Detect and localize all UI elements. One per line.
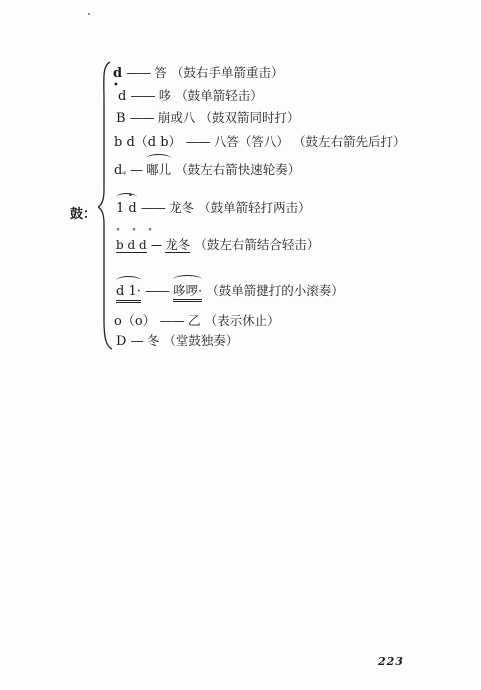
drum-label: 鼓： — [70, 203, 96, 222]
entry-row: d 1· —— 哆啰· （鼓单箭揵打的小滚奏） — [116, 283, 344, 303]
dash: —— — [145, 284, 169, 299]
notation-symbol: b d d — [116, 238, 147, 253]
description: （鼓单箭轻打两击） — [198, 200, 311, 215]
entry-row: b d d --- 龙冬 （鼓左右箭结合轻击） — [116, 237, 319, 254]
notation-symbol: B — [116, 111, 126, 126]
entry-row: o（o） —— 乙 （表示休止） — [114, 313, 280, 330]
dash: --- — [151, 238, 161, 253]
syllable: 哆啰· — [173, 283, 202, 302]
dot-above-icon: °°° — [116, 227, 164, 236]
syllable: 乙 — [188, 313, 201, 328]
notation-symbol: 1 d — [116, 201, 137, 217]
notation-symbol: d — [114, 163, 122, 178]
dash: —— — [186, 135, 210, 150]
description: （鼓右手单箭重击） — [171, 65, 284, 80]
syllable: 崩或八 — [158, 110, 196, 125]
dash: — — [130, 163, 142, 178]
dot-above-icon: • — [128, 191, 133, 200]
description: （鼓左右箭先后打） — [293, 134, 406, 149]
notation-symbol: d — [118, 89, 126, 104]
notation-symbol: o（o） — [114, 314, 156, 329]
entry-row: 1 d —— 龙冬 （鼓单箭轻打两击） — [116, 200, 311, 217]
notation-symbol: d — [113, 66, 122, 81]
description: （堂鼓独奏） — [163, 333, 238, 348]
description: （表示休止） — [205, 313, 280, 328]
entry-row: B —— 崩或八 （鼓双箭同时打） — [116, 110, 300, 127]
entry-row: d —— 答 （鼓右手单箭重击） — [113, 65, 284, 82]
dash: —— — [141, 201, 165, 216]
syllable: 冬 — [147, 333, 160, 348]
dash: — — [131, 334, 143, 349]
description: （鼓单箭揵打的小滚奏） — [206, 283, 344, 298]
notation-symbol: b d（d b） — [114, 135, 182, 150]
description: （鼓单箭轻击） — [175, 88, 263, 103]
tremolo-mark: ᵩ — [122, 167, 126, 176]
syllable: 八答（答八） — [214, 134, 289, 149]
entry-row: dᵩ — 嘟儿 （鼓左右箭快速轮奏） — [114, 162, 300, 180]
dash: —— — [130, 111, 154, 126]
description: （鼓左右箭结合轻击） — [194, 237, 319, 252]
dash: —— — [160, 314, 184, 329]
notation-symbol: d 1· — [116, 284, 141, 303]
syllable: 龙冬 — [165, 237, 190, 253]
dash: —— — [126, 66, 150, 81]
dash: —— — [130, 89, 154, 104]
description: （鼓左右箭快速轮奏） — [175, 162, 300, 177]
document-page: 鼓： d —— 答 （鼓右手单箭重击） • d —— 哆 （鼓单箭轻击） B —… — [0, 0, 481, 690]
entry-row: b d（d b） —— 八答（答八） （鼓左右箭先后打） — [114, 134, 406, 151]
syllable: 答 — [154, 65, 167, 80]
description: （鼓双箭同时打） — [200, 110, 300, 125]
notation-symbol: D — [116, 334, 126, 349]
page-number: 223 — [378, 655, 404, 668]
scan-speck — [88, 13, 90, 15]
entry-row: d —— 哆 （鼓单箭轻击） — [118, 88, 263, 105]
syllable: 嘟儿 — [146, 162, 171, 178]
entry-row: D — 冬 （堂鼓独奏） — [116, 333, 238, 350]
syllable: 哆 — [159, 88, 172, 103]
curly-brace-icon — [98, 60, 118, 350]
syllable: 龙冬 — [169, 200, 194, 215]
